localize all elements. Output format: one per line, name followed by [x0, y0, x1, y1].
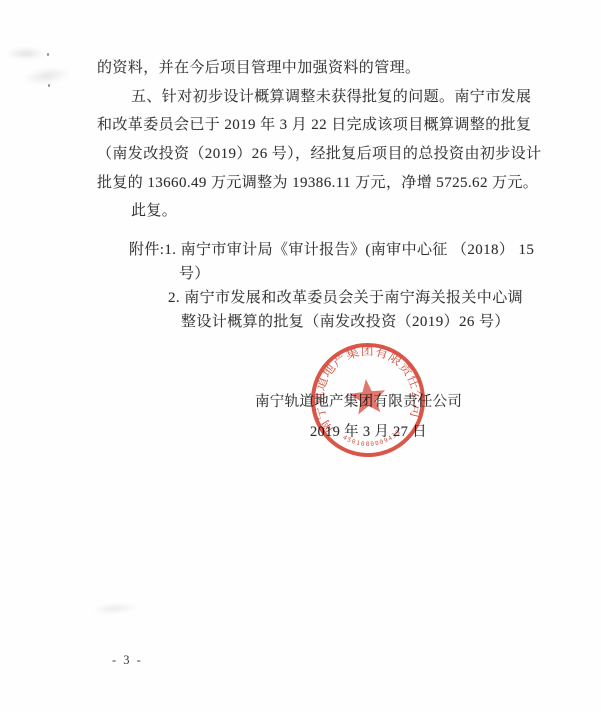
body-line-6: 此复。: [131, 199, 177, 220]
body-line-3: 和改革委员会已于 2019 年 3 月 22 日完成该项目概算调整的批复: [97, 113, 531, 134]
attachment-line-3: 2. 南宁市发展和改革委员会关于南宁海关报关中心调: [168, 286, 523, 307]
scan-smudge: [0, 46, 52, 61]
body-line-4: （南发改投资（2019）26 号），经批复后项目的总投资由初步设计: [97, 142, 541, 163]
scan-speck: [48, 84, 50, 87]
scan-smudge: [84, 601, 147, 616]
attachment-line-1: 附件:1. 南宁市审计局《审计报告》(南审中心征 （2018） 15: [129, 238, 534, 259]
scan-speck: [47, 53, 49, 56]
body-line-1: 的资料，并在今后项目管理中加强资料的管理。: [97, 56, 420, 77]
scan-smudge: [15, 62, 79, 90]
scanned-document-page: 的资料，并在今后项目管理中加强资料的管理。 五、针对初步设计概算调整未获得批复的…: [0, 0, 601, 712]
page-number: - 3 -: [112, 653, 143, 668]
body-line-5: 批复的 13660.49 万元调整为 19386.11 万元，净增 5725.6…: [97, 171, 538, 192]
body-line-2: 五、针对初步设计概算调整未获得批复的问题。南宁市发展: [131, 85, 531, 106]
official-seal-stamp: 南宁轨道地产集团有限责任公司 4501080009439: [297, 329, 440, 472]
attachment-line-2: 号）: [179, 262, 210, 283]
seal-star-icon: [348, 377, 388, 415]
attachment-line-4: 整设计概算的批复（南发改投资（2019）26 号）: [181, 310, 510, 331]
